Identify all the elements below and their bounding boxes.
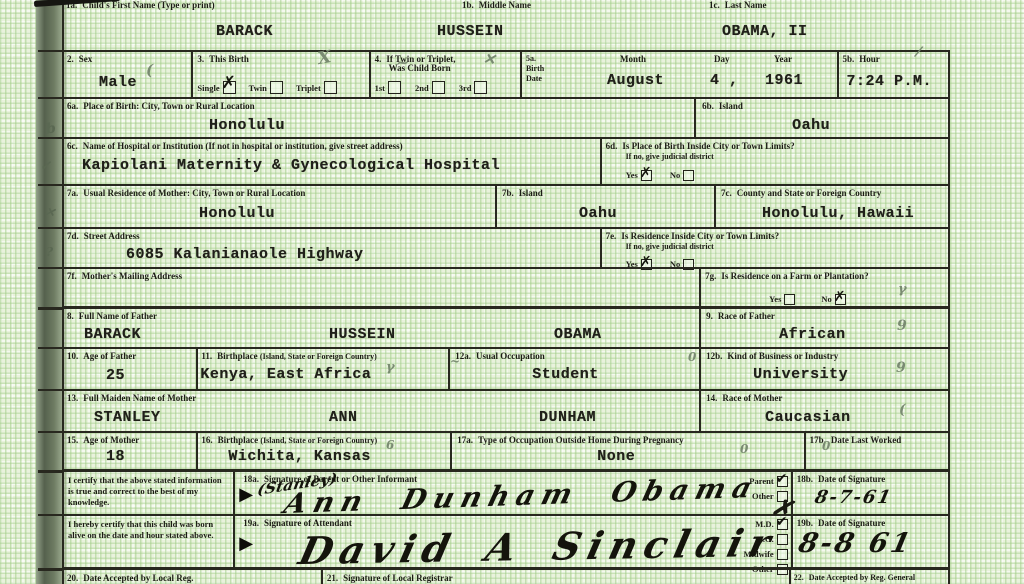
field-7b-island: 7b.Island Oahu: [495, 186, 714, 227]
mother-age-value: 18: [106, 448, 125, 465]
field-8-father-name: 8.Full Name of Father BARACK HUSSEIN OBA…: [64, 309, 699, 347]
signature-date-19-value: 8-8 61: [795, 528, 915, 559]
father-middle-value: HUSSEIN: [329, 326, 396, 343]
yes-label: Yes: [769, 294, 781, 304]
handwritten-pencil-mark: X: [317, 49, 333, 68]
certification-19-text: I hereby certify that this child was bor…: [67, 517, 230, 543]
father-last-value: OBAMA: [554, 326, 602, 343]
field-15-mother-age: 15.Age of Mother 18: [64, 433, 196, 469]
field-19b-signature-date: 19b.Date of Signature 8-8 61: [791, 516, 948, 567]
parent-checkbox: ✔: [777, 476, 788, 487]
handwritten-pencil-mark: (: [899, 403, 906, 417]
birth-month-value: August: [607, 72, 664, 89]
row-registrar: 20.Date Accepted by Local Reg. 21.Signat…: [62, 567, 950, 584]
field-1c-label: 1c.Last Name: [709, 0, 767, 10]
birth-certificate-scan: 1a.Child's First Name (Type or print) 1b…: [0, 0, 1024, 584]
handwritten-pencil-mark: 9: [896, 361, 906, 375]
handwritten-pencil-mark: ✓: [40, 160, 51, 173]
row-mother-name: 13.Full Maiden Name of Mother STANLEY AN…: [62, 389, 950, 431]
row-mailing-address: 7f.Mother's Mailing Address 7g.Is Reside…: [62, 267, 950, 306]
single-label: Single: [197, 83, 219, 93]
row-child-name: 1a.Child's First Name (Type or print) 1b…: [62, 0, 950, 50]
field-20-local-reg-date: 20.Date Accepted by Local Reg.: [64, 570, 321, 584]
triplet-checkbox: [324, 81, 337, 94]
field-3-this-birth: 3.This Birth Single✗ Twin Triplet: [191, 52, 368, 97]
handwritten-pencil-mark: ✕: [44, 205, 56, 219]
certification-19: I hereby certify that this child was bor…: [64, 516, 233, 567]
no-checkbox: ✗: [835, 294, 846, 305]
mother-race-value: Caucasian: [765, 409, 851, 426]
mother-first-value: STANLEY: [94, 409, 161, 426]
certification-18: I certify that the above stated informat…: [64, 472, 233, 514]
field-6c-hospital: 6c.Name of Hospital or Institution (If n…: [64, 139, 600, 184]
birth-year-value: 1961: [765, 72, 803, 89]
occupation-value: Student: [532, 366, 599, 383]
field-1b-label: 1b.Middle Name: [462, 0, 531, 10]
hospital-value: Kapiolani Maternity & Gynecological Hosp…: [82, 157, 500, 174]
field-18b-signature-date: 18b.Date of Signature 8-7-61: [791, 472, 948, 514]
mother-birthplace-value: Wichita, Kansas: [228, 448, 371, 465]
handwritten-pencil-mark: γ: [386, 361, 395, 374]
third-label: 3rd: [459, 83, 472, 93]
page-binding-edge: [36, 0, 64, 584]
child-last-name-value: OBAMA, II: [722, 23, 808, 40]
midwife-checkbox: [777, 549, 788, 560]
father-race-value: African: [779, 326, 846, 343]
handwritten-pencil-mark: ?: [46, 246, 53, 258]
row-hospital: 6c.Name of Hospital or Institution (If n…: [62, 137, 950, 184]
field-7f-mailing-address: 7f.Mother's Mailing Address: [64, 269, 699, 306]
second-checkbox: [432, 81, 445, 94]
second-label: 2nd: [415, 83, 429, 93]
year-header: Year: [774, 54, 792, 64]
row-street-address: 7d.Street Address 6085 Kalanianaole High…: [62, 227, 950, 267]
county-state-value: Honolulu, Hawaii: [762, 205, 914, 222]
certification-18-text: I certify that the above stated informat…: [67, 473, 230, 510]
field-1a-1b-1c: 1a.Child's First Name (Type or print) 1b…: [64, 0, 950, 50]
sex-value: Male: [99, 74, 137, 91]
field-19a-attendant-signature: 19a.Signature of Attendant ▶ David A Sin…: [233, 516, 790, 567]
no-checkbox: [683, 170, 694, 181]
field-7g-farm: 7g.Is Residence on a Farm or Plantation?…: [699, 269, 948, 306]
row-father-details: 10.Age of Father 25 11.Birthplace (Islan…: [62, 347, 950, 389]
signature-pointer-icon: ▶: [239, 534, 253, 552]
island-value: Oahu: [792, 117, 830, 134]
field-7d-street-address: 7d.Street Address 6085 Kalanianaole High…: [64, 229, 600, 267]
residence-island-value: Oahu: [579, 205, 617, 222]
row-place-of-birth: 6a.Place of Birth: City, Town or Rural L…: [62, 97, 950, 137]
field-4-twin-order: 4.If Twin or Triplet, Was Child Born 1st…: [369, 52, 520, 97]
signature-pointer-icon: ▶: [239, 485, 253, 503]
handwritten-pencil-mark: 9: [897, 319, 907, 333]
handwritten-pencil-mark: ~: [450, 355, 460, 367]
field-12b-industry: 12b.Kind of Business or Industry Univers…: [699, 349, 948, 389]
mother-middle-value: ANN: [329, 409, 358, 426]
field-11-father-birthplace: 11.Birthplace (Island, State or Foreign …: [196, 349, 448, 389]
row-father-name: 8.Full Name of Father BARACK HUSSEIN OBA…: [62, 306, 950, 347]
field-13-mother-name: 13.Full Maiden Name of Mother STANLEY AN…: [64, 391, 699, 431]
twin-label: Twin: [249, 83, 267, 93]
field-5a-birth-date: 5a. Birth Date Month Day Year August 4 ,…: [520, 52, 837, 97]
field-6d-city-limits: 6d.Is Place of Birth Inside City or Town…: [600, 139, 948, 184]
father-first-value: BARACK: [84, 326, 141, 343]
row-mother-residence: 7a.Usual Residence of Mother: City, Town…: [62, 184, 950, 227]
handwritten-pencil-mark: (: [146, 63, 153, 78]
residence-value: Honolulu: [199, 205, 275, 222]
handwritten-pencil-mark: 0: [688, 351, 696, 363]
yes-checkbox: ✗: [641, 170, 652, 181]
first-checkbox: [388, 81, 401, 94]
child-middle-name-value: HUSSEIN: [437, 23, 504, 40]
row-attendant-signature: I hereby certify that this child was bor…: [62, 514, 950, 567]
field-7e-residence-limits: 7e.Is Residence Inside City or Town Limi…: [600, 229, 948, 267]
single-checkbox: ✗: [223, 81, 236, 94]
father-birthplace-value: Kenya, East Africa: [200, 366, 371, 383]
field-17a-pregnancy-occupation: 17a.Type of Occupation Outside Home Duri…: [450, 433, 803, 469]
field-9-father-race: 9.Race of Father African: [699, 309, 948, 347]
month-header: Month: [620, 54, 646, 64]
twin-checkbox: [270, 81, 283, 94]
handwritten-pencil-mark: ✕: [482, 51, 497, 68]
industry-value: University: [753, 366, 848, 383]
hour-value: 7:24 P.M.: [847, 73, 933, 90]
attendant-signature: David A Sinclair: [295, 520, 782, 573]
pregnancy-occupation-value: None: [597, 448, 635, 465]
third-checkbox: [474, 81, 487, 94]
field-5b-hour: 5b.Hour 7:24 P.M.: [837, 52, 949, 97]
father-age-value: 25: [106, 367, 125, 384]
handwritten-pencil-mark: b: [45, 121, 57, 136]
street-address-value: 6085 Kalanianaole Highway: [126, 246, 364, 263]
field-14-mother-race: 14.Race of Mother Caucasian: [699, 391, 948, 431]
handwritten-pencil-mark: 0: [740, 443, 748, 455]
field-7a-residence: 7a.Usual Residence of Mother: City, Town…: [64, 186, 495, 227]
field-21-local-registrar-signature: 21.Signature of Local Registrar: [321, 570, 789, 584]
field-6a-place-of-birth: 6a.Place of Birth: City, Town or Rural L…: [64, 99, 694, 137]
triplet-label: Triplet: [296, 83, 321, 93]
handwritten-pencil-mark: ~: [395, 54, 410, 71]
day-header: Day: [714, 54, 730, 64]
signature-date-18-value: 8-7-61: [812, 487, 894, 508]
field-18a-informant-signature: 18a.Signature of Parent or Other Informa…: [233, 472, 790, 514]
mother-last-value: DUNHAM: [539, 409, 596, 426]
row-birth-details: 2.Sex Male 3.This Birth Single✗ Twin Tri…: [62, 50, 950, 97]
row-informant-signature: I certify that the above stated informat…: [62, 469, 950, 514]
place-of-birth-value: Honolulu: [209, 117, 285, 134]
yes-checkbox: [784, 294, 795, 305]
field-22-reg-general-date: 22.Date Accepted by Reg. General: [789, 570, 948, 584]
handwritten-pencil-mark: 0: [822, 440, 830, 452]
field-6b-island: 6b.Island Oahu: [694, 99, 948, 137]
row-mother-details: 15.Age of Mother 18 16.Birthplace (Islan…: [62, 431, 950, 469]
field-10-father-age: 10.Age of Father 25: [64, 349, 196, 389]
field-12a-occupation: 12a.Usual Occupation Student: [448, 349, 699, 389]
field-2-sex: 2.Sex Male: [64, 52, 191, 97]
handwritten-pencil-mark: γ: [898, 283, 907, 296]
field-7c-county-state: 7c.County and State or Foreign Country H…: [714, 186, 948, 227]
yes-label: Yes: [626, 170, 638, 180]
field-16-mother-birthplace: 16.Birthplace (Island, State or Foreign …: [196, 433, 450, 469]
no-label: No: [821, 294, 831, 304]
no-label: No: [670, 170, 680, 180]
first-label: 1st: [375, 83, 385, 93]
handwritten-pencil-mark: 6: [386, 439, 394, 451]
birth-day-value: 4 ,: [710, 72, 739, 89]
child-first-name-value: BARACK: [216, 23, 273, 40]
